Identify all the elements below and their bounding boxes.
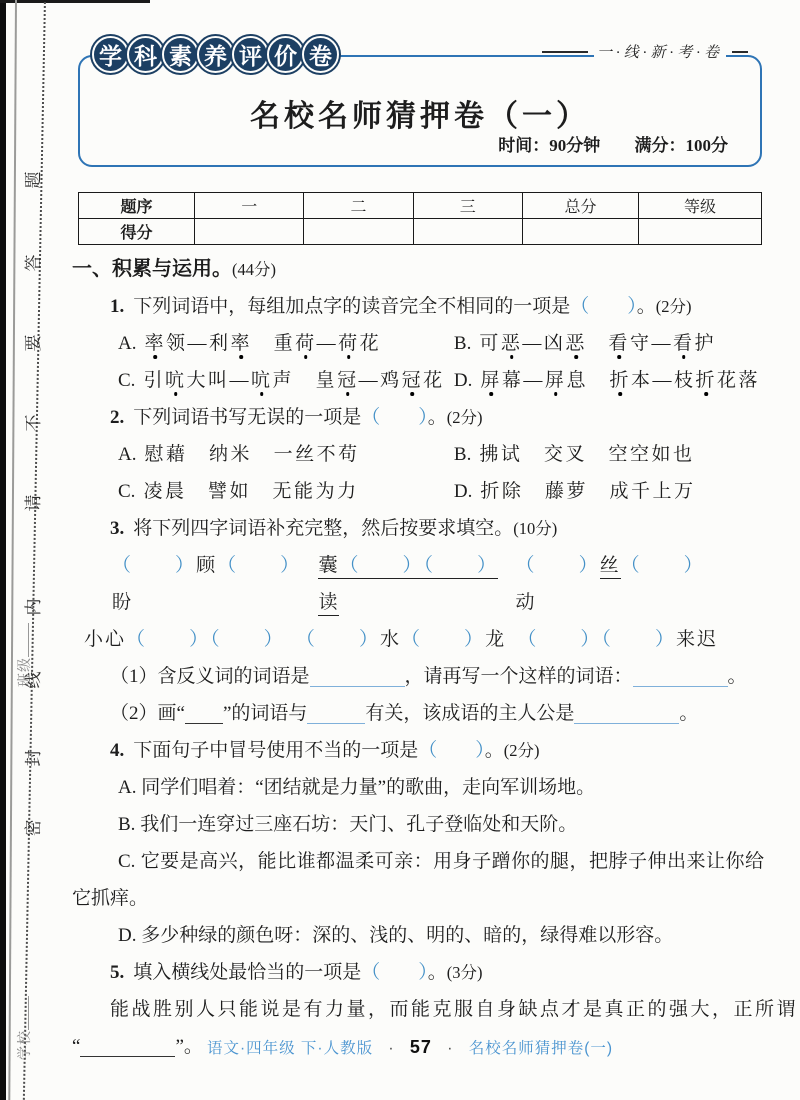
score-cell (304, 219, 413, 245)
score-header-cell: 等级 (639, 193, 762, 219)
q4-option-b: B. 我们一连穿过三座石坊：天门、孔子登临处和天阶。 (118, 806, 764, 843)
page-top-edge (0, 0, 150, 3)
badge-char: 价 (267, 36, 304, 73)
idiom-blank: （ ）水（ ）龙 (296, 621, 506, 658)
quoted-mark-blank (185, 705, 223, 724)
score-cell (639, 219, 762, 245)
score-header-cell: 题序 (79, 193, 195, 219)
question-3-stem: 3.将下列四字词语补充完整，然后按要求填空。(10分) (110, 510, 764, 547)
seal-dotted-line (23, 0, 46, 1100)
score-header-cell: 总分 (522, 193, 638, 219)
score-table-value-row: 得分 (79, 219, 762, 245)
answer-blank (310, 668, 405, 687)
edition-dash (542, 51, 588, 53)
q2-option-c: C.凌晨 譬如 无能为力 (118, 473, 454, 510)
question-2-options-row-2: C.凌晨 譬如 无能为力 D.折除 藤萝 成千上万 (118, 473, 764, 510)
footer-paper-name: 名校名师猜押卷(一) (469, 1040, 613, 1057)
score-cell (522, 219, 638, 245)
q3-idiom-row-2: 小心（ ）（ ） （ ）水（ ）龙 （ ）（ ）来迟 (84, 621, 718, 658)
seal-text-char: 答 (19, 251, 43, 275)
badge-char: 卷 (302, 36, 339, 73)
idiom-blank: 小心（ ）（ ） (84, 621, 285, 658)
footer-separator: · (447, 1040, 453, 1057)
q5-passage: 能战胜别人只能说是有力量，而能克服自身缺点才是真正的强大，正所谓 (72, 991, 764, 1028)
idiom-blank: （ ）（ ）来迟 (517, 621, 718, 658)
q3-subquestion-1: （1）含反义词的词语是，请再写一个这样的词语：。 (110, 658, 764, 695)
section-1-heading: 一、积累与运用。(44分) (72, 251, 764, 288)
score-table-header-row: 题序 一 二 三 总分 等级 (79, 193, 762, 219)
idiom-blank: （ ）顾（ ）盼 (112, 547, 318, 621)
q4-option-a: A. 同学们唱着：“团结就是力量”的歌曲，走向军训场地。 (118, 769, 764, 806)
q4-option-c: C. 它要是高兴，能比谁都温柔可亲：用身子蹭你的腿，把脖子伸出来让你给它抓痒。 (72, 843, 764, 917)
question-4-stem: 4.下面句子中冒号使用不当的一项是（ ）。(2分) (110, 732, 764, 769)
seal-text-char: 不 (19, 411, 43, 435)
seal-text-char: 封 (19, 746, 43, 770)
score-cell: 得分 (79, 219, 195, 245)
badge-char: 养 (197, 36, 234, 73)
score-header-cell: 三 (413, 193, 522, 219)
badge-char: 学 (92, 36, 129, 73)
seal-text-char: 题 (19, 168, 43, 192)
answer-blank (574, 705, 679, 724)
footer-separator: · (388, 1040, 394, 1057)
q3-idiom-row-1: （ ）顾（ ）盼 囊（ ）（ ）读 （ ）丝（ ）动 (112, 547, 722, 621)
q2-option-d: D.折除 藤萝 成千上万 (454, 473, 764, 510)
score-header-cell: 一 (195, 193, 304, 219)
seal-text-char: 要 (19, 331, 43, 355)
full-score: 满分：100分 (635, 136, 729, 155)
badge-char: 评 (232, 36, 269, 73)
time-limit: 时间：90分钟 (498, 136, 600, 155)
header-box: 学 科 素 养 评 价 卷 一·线·新·考·卷 名校名师猜押卷（一） 时间：90… (78, 55, 762, 167)
question-5-stem: 5.填入横线处最恰当的一项是（ ）。(3分) (110, 954, 764, 991)
badge-char: 科 (127, 36, 164, 73)
q1-option-c: C.引吭大叫—吭声 皇冠—鸡冠花 (118, 362, 454, 399)
edition-label: 一·线·新·考·卷 (542, 41, 748, 62)
answer-blank (633, 668, 728, 687)
question-2-options-row-1: A.慰藉 纳米 一丝不苟 B.拂试 交叉 空空如也 (118, 436, 764, 473)
page-left-edge (0, 0, 6, 1100)
page-number: 57 (410, 1037, 432, 1057)
q1-option-b: B.可恶—凶恶 看守—看护 (454, 325, 764, 362)
page-footer: 语文·四年级 下·人教版 · 57 · 名校名师猜押卷(一) (40, 1036, 780, 1058)
idiom-blank-underlined: 囊（ ）（ ）读 (318, 547, 515, 621)
fold-line (8, 0, 17, 1100)
exam-body: 一、积累与运用。(44分) 1.下列词语中，每组加点字的读音完全不相同的一项是（… (72, 251, 764, 1065)
fold-label-school: 学校 (14, 996, 34, 1060)
paper-meta: 时间：90分钟 满分：100分 (498, 131, 728, 156)
score-table: 题序 一 二 三 总分 等级 得分 (78, 192, 762, 245)
question-1-options-row-1: A.率领—利率 重荷—荷花 B.可恶—凶恶 看守—看护 (118, 325, 764, 362)
q3-subquestion-2: （2）画“”的词语与有关，该成语的主人公是。 (110, 695, 764, 732)
seal-text-char: 内 (19, 595, 43, 619)
series-badge: 学 科 素 养 评 价 卷 (92, 36, 337, 73)
idiom-blank: （ ）丝（ ）动 (516, 547, 722, 621)
seal-text-char: 密 (19, 816, 43, 840)
footer-edition: 语文·四年级 下·人教版 (207, 1040, 373, 1057)
badge-char: 素 (162, 36, 199, 73)
edition-dash (732, 51, 748, 53)
question-1-stem: 1.下列词语中，每组加点字的读音完全不相同的一项是（ ）。(2分) (110, 288, 764, 325)
score-cell (413, 219, 522, 245)
fold-label-class: 班级 (14, 623, 34, 687)
q1-option-d: D.屏幕—屏息 折本—枝折花落 (454, 362, 764, 399)
paper-title: 名校名师猜押卷（一） (80, 91, 760, 135)
q1-option-a: A.率领—利率 重荷—荷花 (118, 325, 454, 362)
answer-blank (307, 705, 365, 724)
q4-option-d: D. 多少种绿的颜色呀：深的、浅的、明的、暗的，绿得难以形容。 (118, 917, 764, 954)
question-1-options-row-2: C.引吭大叫—吭声 皇冠—鸡冠花 D.屏幕—屏息 折本—枝折花落 (118, 362, 764, 399)
question-2-stem: 2.下列词语书写无误的一项是（ ）。(2分) (110, 399, 764, 436)
score-header-cell: 二 (304, 193, 413, 219)
q2-option-a: A.慰藉 纳米 一丝不苟 (118, 436, 454, 473)
q2-option-b: B.拂试 交叉 空空如也 (454, 436, 764, 473)
seal-text-char: 请 (19, 491, 43, 515)
score-cell (195, 219, 304, 245)
